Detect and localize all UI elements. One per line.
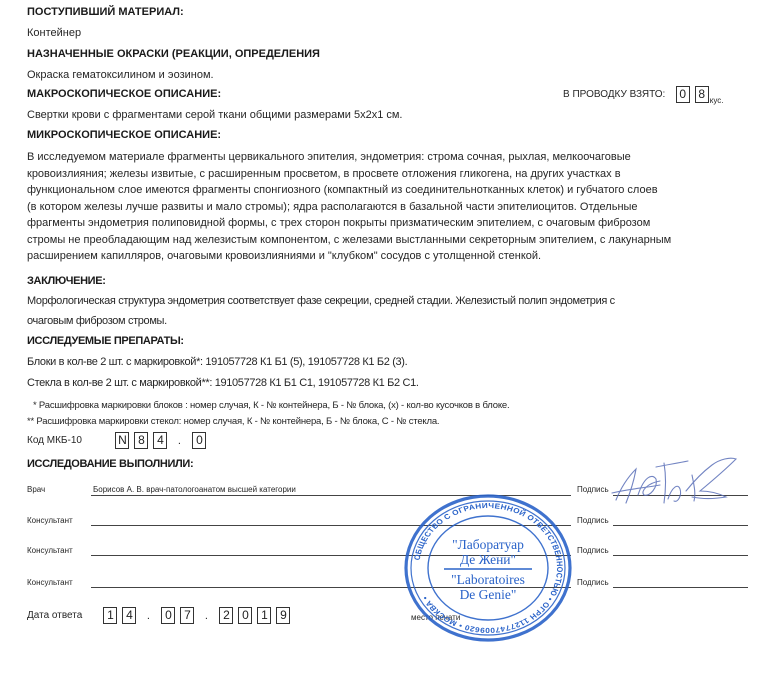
slides-note: ** Расшифровка маркировки стекол: номер … [27, 416, 439, 427]
icd-char: 0 [192, 432, 206, 449]
date-digit: 9 [276, 607, 290, 624]
icd-char: N [115, 432, 129, 449]
received-material-heading: ПОСТУПИВШИЙ МАТЕРИАЛ: [27, 6, 184, 18]
icd-char: 8 [134, 432, 148, 449]
stamp-line: De Genie" [460, 587, 517, 602]
icd-label: Код МКБ-10 [27, 435, 111, 446]
blocks-note: * Расшифровка маркировки блоков : номер … [33, 400, 509, 411]
stains-value: Окраска гематоксилином и эозином. [27, 69, 214, 81]
macro-heading: МАКРОСКОПИЧЕСКОЕ ОПИСАНИЕ: [27, 88, 221, 100]
role-label: Врач [27, 485, 45, 494]
company-stamp-icon: ОБЩЕСТВО С ОГРАНИЧЕННОЙ ОТВЕТСТВЕННОСТЬЮ… [402, 494, 574, 642]
date-digit: 1 [257, 607, 271, 624]
stamp-line: "Laboratoires [451, 572, 525, 587]
icd-separator: . [172, 435, 186, 447]
signature-line [613, 555, 748, 556]
signature-label: Подпись [577, 516, 609, 525]
pieces-digit: 8 [695, 86, 709, 103]
response-date: Дата ответа 14.07.2019 [27, 607, 295, 625]
micro-line: (в котором железы лучше развиты и мало с… [27, 199, 671, 216]
date-separator: . [199, 610, 213, 622]
role-label: Консультант [27, 516, 73, 525]
icd-code: Код МКБ-10 N84.0 [27, 432, 211, 450]
conclusion-line: очаговым фиброзом стромы. [27, 315, 167, 327]
date-digit: 1 [103, 607, 117, 624]
date-label: Дата ответа [27, 610, 99, 621]
pieces-unit: кус. [710, 96, 724, 105]
slides-list: Стекла в кол-ве 2 шт. с маркировкой**: 1… [27, 377, 419, 389]
signature-label: Подпись [577, 485, 609, 494]
icd-char: 4 [153, 432, 167, 449]
signature-line [613, 587, 748, 588]
micro-line: функциональном слое имеются фрагменты сп… [27, 182, 671, 199]
signature-label: Подпись [577, 578, 609, 587]
micro-line: стромы не преобладающим над железистым к… [27, 232, 671, 249]
blocks-list: Блоки в кол-ве 2 шт. с маркировкой*: 191… [27, 356, 407, 368]
date-digit: 4 [122, 607, 136, 624]
signature-scribble-icon [608, 455, 753, 510]
date-digit: 0 [238, 607, 252, 624]
svg-text:ОБЩЕСТВО С ОГРАНИЧЕННОЙ ОТВЕТС: ОБЩЕСТВО С ОГРАНИЧЕННОЙ ОТВЕТСТВЕННОСТЬЮ… [412, 501, 564, 634]
signature-line [613, 525, 748, 526]
conclusion-heading: ЗАКЛЮЧЕНИЕ: [27, 275, 106, 287]
date-digit: 0 [161, 607, 175, 624]
conclusion-line: Морфологическая структура эндометрия соо… [27, 295, 615, 307]
macro-value: Свертки крови с фрагментами серой ткани … [27, 109, 402, 121]
pieces-digit: 0 [676, 86, 690, 103]
stamp-line: Де Жени" [460, 552, 516, 567]
received-material-value: Контейнер [27, 27, 81, 39]
date-digit: 2 [219, 607, 233, 624]
micro-line: фрагменты эндометрия полиповидной формы,… [27, 215, 671, 232]
preparations-heading: ИССЛЕДУЕМЫЕ ПРЕПАРАТЫ: [27, 335, 184, 347]
role-label: Консультант [27, 578, 73, 587]
signature-label: Подпись [577, 546, 609, 555]
micro-line: кровоизлияния; железы извитые, с расшире… [27, 166, 671, 183]
stamp-line: "Лаборатуар [452, 537, 524, 552]
stains-heading: НАЗНАЧЕННЫЕ ОКРАСКИ (РЕАКЦИИ, ОПРЕДЕЛЕНИ… [27, 48, 320, 60]
pieces-taken-label: В ПРОВОДКУ ВЗЯТО: [563, 89, 665, 100]
date-separator: . [141, 610, 155, 622]
date-digit: 7 [180, 607, 194, 624]
micro-line: расширением капилляров, очаговыми кровои… [27, 248, 671, 265]
performed-heading: ИССЛЕДОВАНИЕ ВЫПОЛНИЛИ: [27, 458, 193, 470]
role-label: Консультант [27, 546, 73, 555]
micro-heading: МИКРОСКОПИЧЕСКОЕ ОПИСАНИЕ: [27, 129, 221, 141]
micro-description: В исследуемом материале фрагменты цервик… [27, 149, 671, 265]
doctor-name: Борисов А. В. врач-патологоанатом высшей… [93, 485, 296, 494]
micro-line: В исследуемом материале фрагменты цервик… [27, 149, 671, 166]
pieces-taken: В ПРОВОДКУ ВЗЯТО: 08кус. [563, 86, 724, 105]
